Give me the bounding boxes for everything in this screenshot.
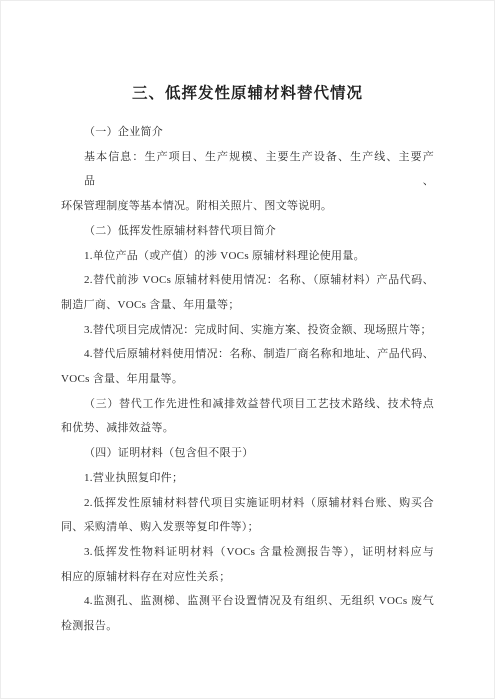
text-line-item-4: 4.监测孔、监测梯、监测平台设置情况及有组织、无组织 VOCs 废气	[61, 589, 434, 614]
text-line-section-1-heading: （一）企业简介	[61, 120, 434, 145]
document-page: 三、低挥发性原辅材料替代情况 （一）企业简介 基本信息：生产项目、生产规模、主要…	[0, 0, 495, 699]
text-line: 环保管理制度等基本情况。附相关照片、图文等说明。	[61, 194, 434, 219]
text-line: 检测报告。	[61, 614, 434, 639]
text-line-item-4: 4.替代后原辅材料使用情况：名称、制造厂商名称和地址、产品代码、	[61, 342, 434, 367]
text-line-item-3: 3.低挥发性物料证明材料（VOCs 含量检测报告等），证明材料应与	[61, 540, 434, 565]
document-content: 三、低挥发性原辅材料替代情况 （一）企业简介 基本信息：生产项目、生产规模、主要…	[1, 1, 494, 639]
text-line-item-2: 2.替代前涉 VOCs 原辅材料使用情况：名称、（原辅材料）产品代码、	[61, 268, 434, 293]
text-line-section-2-heading: （二）低挥发性原辅材料替代项目简介	[61, 219, 434, 244]
text-line-item-3: 3.替代项目完成情况：完成时间、实施方案、投资金额、现场照片等；	[61, 318, 434, 343]
text-line-item-1: 1.单位产品（或产值）的涉 VOCs 原辅材料理论使用量。	[61, 244, 434, 269]
document-title: 三、低挥发性原辅材料替代情况	[61, 83, 434, 105]
text-line: VOCs 含量、年用量等。	[61, 367, 434, 392]
text-line: 制造厂商、VOCs 含量、年用量等；	[61, 293, 434, 318]
text-line-section-4-heading: （四）证明材料（包含但不限于）	[61, 441, 434, 466]
text-line-item-2: 2.低挥发性原辅材料替代项目实施证明材料（原辅材料台账、购买合	[61, 491, 434, 516]
text-line: 同、采购清单、购入发票等复印件等）；	[61, 515, 434, 540]
text-line: 基本信息：生产项目、生产规模、主要生产设备、生产线、主要产品、	[61, 145, 434, 194]
text-line-item-1: 1.营业执照复印件；	[61, 466, 434, 491]
text-line-section-3-heading: （三）替代工作先进性和减排效益替代项目工艺技术路线、技术特点	[61, 392, 434, 417]
text-line: 相应的原辅材料存在对应性关系；	[61, 565, 434, 590]
text-line: 和优势、减排效益等。	[61, 416, 434, 441]
